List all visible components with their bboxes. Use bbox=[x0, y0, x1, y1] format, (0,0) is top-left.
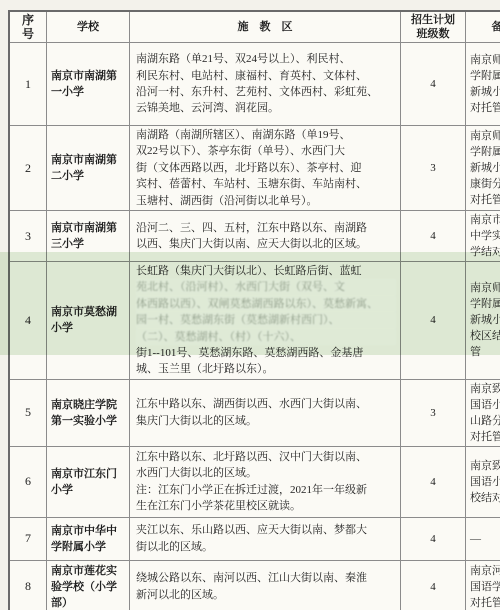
district-line: 生在江东门小学茶花里校区就读。 bbox=[136, 498, 396, 514]
district-line: 江东中路以东、北圩路以西、汉中门大街以南、 bbox=[136, 449, 396, 465]
district-line: （二）、莫愁湖村、（村）（十六）、 bbox=[136, 329, 396, 345]
row-classes: 3 bbox=[401, 126, 466, 211]
district-line: 沿河一村、东升村、艺苑村、文体西村、彩虹苑、 bbox=[136, 84, 396, 100]
district-line: 集庆门大街以北的区域。 bbox=[136, 413, 396, 429]
table-row: 1南京市南湖第一小学南湖东路（单21号、双24号以上）、利民村、利民东村、电站村… bbox=[9, 43, 500, 126]
row-classes: 4 bbox=[401, 211, 466, 262]
district-line: 云锦美地、云河湾、润花园。 bbox=[136, 100, 396, 116]
table-header: 序 号 学校 施 教 区 招生计划 班级数 备注 bbox=[9, 11, 500, 43]
district-line: 以西、集庆门大街以南、应天大街以北的区域。 bbox=[136, 236, 396, 252]
row-no: 3 bbox=[9, 211, 47, 262]
row-no: 6 bbox=[9, 446, 47, 517]
header-plan-line2: 班级数 bbox=[405, 27, 461, 41]
district-line: 沿河二、三、四、五村，江东中路以东、南湖路 bbox=[136, 220, 396, 236]
row-district: 南湖路（南湖所辖区）、南湖东路（单19号、双22号以下）、茶亭东街（单号）、水西… bbox=[130, 126, 401, 211]
district-line: 宾村、蓓蕾村、车站村、玉塘东街、车站南村、 bbox=[136, 176, 396, 192]
header-no-line2: 号 bbox=[14, 27, 42, 41]
row-classes: 4 bbox=[401, 43, 466, 126]
row-remark: — bbox=[466, 517, 500, 560]
header-no: 序 号 bbox=[9, 11, 47, 43]
row-school: 南京市江东门小学 bbox=[47, 446, 130, 517]
district-line: 长虹路（集庆门大街以北）、长虹路后街、蓝虹 bbox=[136, 263, 396, 279]
district-line: 街（文体西路以西，北圩路以东）、茶亭村、迎 bbox=[136, 160, 396, 176]
table-body: 1南京市南湖第一小学南湖东路（单21号、双24号以上）、利民村、利民东村、电站村… bbox=[9, 43, 500, 610]
table-row: 2南京市南湖第二小学南湖路（南湖所辖区）、南湖东路（单19号、双22号以下）、茶… bbox=[9, 126, 500, 211]
row-no: 5 bbox=[9, 379, 47, 446]
row-no: 2 bbox=[9, 126, 47, 211]
row-school: 南京市南湖第一小学 bbox=[47, 43, 130, 126]
enrollment-table: 序 号 学校 施 教 区 招生计划 班级数 备注 1南京市南湖第一小学南湖东路（… bbox=[8, 10, 500, 610]
district-line: 江东中路以东、湖西街以西、水西门大街以南、 bbox=[136, 396, 396, 412]
row-school: 南京市莫愁湖小学 bbox=[47, 262, 130, 380]
header-row: 序 号 学校 施 教 区 招生计划 班级数 备注 bbox=[9, 11, 500, 43]
district-line: 南湖路（南湖所辖区）、南湖东路（单19号、 bbox=[136, 127, 396, 143]
header-plan: 招生计划 班级数 bbox=[401, 11, 466, 43]
header-no-line1: 序 bbox=[14, 13, 42, 27]
header-district: 施 教 区 bbox=[130, 11, 401, 43]
district-line: 南湖东路（单21号、双24号以上）、利民村、 bbox=[136, 51, 396, 67]
district-line: 街以北的区域。 bbox=[136, 539, 396, 555]
row-remark: 南京致远外国语小学乐山路分校结对托管 bbox=[466, 379, 500, 446]
row-no: 8 bbox=[9, 560, 47, 610]
table-row: 8南京市莲花实验学校（小学部）绕城公路以东、南河以西、江山大街以南、秦淮新河以北… bbox=[9, 560, 500, 610]
row-school: 南京市莲花实验学校（小学部） bbox=[47, 560, 130, 610]
district-line: 园一村、莫愁湖东街（莫愁湖新村西门）、 bbox=[136, 312, 396, 328]
row-remark: 南京师范大学附属中学新城小学怡康街分校结对托管 bbox=[466, 126, 500, 211]
district-line: 水西门大街以北的区域。 bbox=[136, 465, 396, 481]
district-line: 注：江东门小学正在拆迁过渡，2021年一年级新 bbox=[136, 482, 396, 498]
table-row: 5南京晓庄学院第一实验小学江东中路以东、湖西街以西、水西门大街以南、集庆门大街以… bbox=[9, 379, 500, 446]
district-line: 夹江以东、乐山路以西、应天大街以南、梦都大 bbox=[136, 522, 396, 538]
district-line: 玉塘村、湖西街（沿河街以北单号）。 bbox=[136, 193, 396, 209]
row-school: 南京市南湖第二小学 bbox=[47, 126, 130, 211]
district-line: 苑北村、（沿河村）、水西门大街（双号、文 bbox=[136, 279, 396, 295]
district-line: 绕城公路以东、南河以西、江山大街以南、秦淮 bbox=[136, 570, 396, 586]
district-line: 双22号以下）、茶亭东街（单号）、水西门大 bbox=[136, 143, 396, 159]
page: 序 号 学校 施 教 区 招生计划 班级数 备注 1南京市南湖第一小学南湖东路（… bbox=[0, 0, 500, 610]
row-classes: 4 bbox=[401, 262, 466, 380]
row-district: 长虹路（集庆门大街以北）、长虹路后街、蓝虹苑北村、（沿河村）、水西门大街（双号、… bbox=[130, 262, 401, 380]
row-classes: 3 bbox=[401, 379, 466, 446]
table-row: 6南京市江东门小学江东中路以东、北圩路以西、汉中门大街以南、水西门大街以北的区域… bbox=[9, 446, 500, 517]
row-classes: 4 bbox=[401, 560, 466, 610]
row-district: 江东中路以东、湖西街以西、水西门大街以南、集庆门大街以北的区域。 bbox=[130, 379, 401, 446]
table-row: 4南京市莫愁湖小学长虹路（集庆门大街以北）、长虹路后街、蓝虹苑北村、（沿河村）、… bbox=[9, 262, 500, 380]
row-remark: 南京致远外国语小学分校结对托管 bbox=[466, 446, 500, 517]
row-district: 南湖东路（单21号、双24号以上）、利民村、利民东村、电站村、康福村、育英村、文… bbox=[130, 43, 401, 126]
district-line: 体西路以西）、双闸莫愁湖西路以东）、莫愁新寓、 bbox=[136, 296, 396, 312]
row-district: 夹江以东、乐山路以西、应天大街以南、梦都大街以北的区域。 bbox=[130, 517, 401, 560]
row-remark: 南京河西外国语学校结对托管 bbox=[466, 560, 500, 610]
table-row: 3南京市南湖第三小学沿河二、三、四、五村，江东中路以东、南湖路以西、集庆门大街以… bbox=[9, 211, 500, 262]
row-remark: 南京市金陵中学实验小学结对托管 bbox=[466, 211, 500, 262]
header-school: 学校 bbox=[47, 11, 130, 43]
row-classes: 4 bbox=[401, 517, 466, 560]
row-no: 4 bbox=[9, 262, 47, 380]
district-line: 新河以北的区域。 bbox=[136, 587, 396, 603]
row-no: 7 bbox=[9, 517, 47, 560]
row-remark: 南京师范大学附属中学新城小学北校区结对托管 bbox=[466, 262, 500, 380]
district-line: 利民东村、电站村、康福村、育英村、文体村、 bbox=[136, 68, 396, 84]
header-remark: 备注 bbox=[466, 11, 500, 43]
row-district: 沿河二、三、四、五村，江东中路以东、南湖路以西、集庆门大街以南、应天大街以北的区… bbox=[130, 211, 401, 262]
district-line: 城、玉兰里（北圩路以东）。 bbox=[136, 361, 396, 377]
row-no: 1 bbox=[9, 43, 47, 126]
row-classes: 4 bbox=[401, 446, 466, 517]
row-district: 绕城公路以东、南河以西、江山大街以南、秦淮新河以北的区域。 bbox=[130, 560, 401, 610]
row-district: 江东中路以东、北圩路以西、汉中门大街以南、水西门大街以北的区域。注：江东门小学正… bbox=[130, 446, 401, 517]
row-school: 南京市中华中学附属小学 bbox=[47, 517, 130, 560]
row-school: 南京市南湖第三小学 bbox=[47, 211, 130, 262]
header-plan-line1: 招生计划 bbox=[405, 13, 461, 27]
row-remark: 南京师范大学附属中学新城小学结对托管 bbox=[466, 43, 500, 126]
row-school: 南京晓庄学院第一实验小学 bbox=[47, 379, 130, 446]
district-line: 街1--101号、莫愁湖东路、莫愁湖西路、金基唐 bbox=[136, 345, 396, 361]
table-row: 7南京市中华中学附属小学夹江以东、乐山路以西、应天大街以南、梦都大街以北的区域。… bbox=[9, 517, 500, 560]
